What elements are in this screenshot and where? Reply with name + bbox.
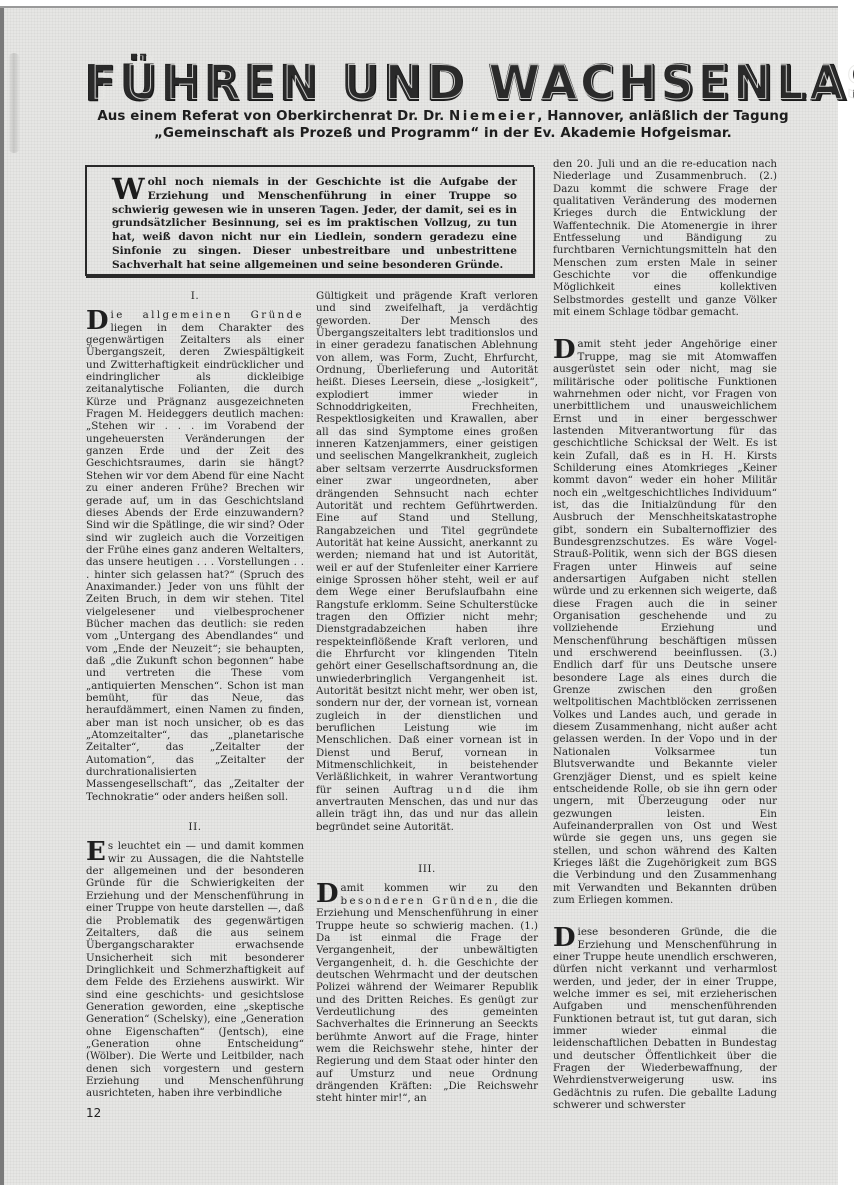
page-binding-edge [0, 8, 4, 1185]
section-3-text-pre: amit kommen wir zu den [341, 882, 538, 894]
section-3-paragraph: Damit kommen wir zu den besonderen Gründ… [316, 882, 538, 1104]
article-title: FÜHREN UND WACHSENLASSEN FÜHREN UND WACH… [84, 55, 804, 114]
column-right: den 20. Juli und an die re-education nac… [553, 158, 777, 1111]
article-title-inline: FÜHREN UND WACHSENLASSEN [91, 57, 854, 112]
section-3-text: , die die Erziehung und Menschenführung … [316, 895, 538, 1105]
article-subtitle: Aus einem Referat von Oberkirchenrat Dr.… [82, 108, 804, 142]
intro-paragraph: Wohl noch niemals in der Geschichte ist … [112, 176, 517, 273]
section-heading-3: III. [316, 863, 538, 875]
section-heading-1: I. [86, 290, 304, 302]
paragraph-damit: Damit steht jeder Angehörige einer Trupp… [553, 338, 777, 906]
intro-dropcap: W [112, 177, 145, 201]
subtitle-line1-post: , Hannover, anläßlich der Tagung [537, 109, 788, 124]
section-2-paragraph-left: Es leuchtet ein — und damit kommen wir z… [86, 840, 304, 1099]
column-left: I. Die allgemeinen Gründe liegen in dem … [86, 290, 304, 1100]
section-3-text-right: den 20. Juli und an die re-education nac… [553, 158, 777, 318]
section-heading-2: II. [86, 821, 304, 833]
section-1-dropcap: D [86, 311, 109, 332]
section-2-text-mid: Gültigkeit und prägende Kraft verloren u… [316, 290, 538, 796]
paragraph-diese-text: iese besonderen Gründe, die die Erziehun… [553, 926, 777, 1111]
section-2-dropcap: E [86, 842, 106, 863]
subtitle-line1-pre: Aus einem Referat von Oberkirchenrat Dr.… [97, 109, 449, 124]
column-middle: Gültigkeit und prägende Kraft verloren u… [316, 290, 538, 1105]
page-number: 12 [86, 1106, 101, 1120]
paragraph-damit-dropcap: D [553, 340, 576, 361]
section-3-lead: besonderen Gründen [341, 895, 495, 907]
section-1-paragraph: Die allgemeinen Gründe liegen in dem Cha… [86, 309, 304, 803]
paragraph-diese-dropcap: D [553, 928, 576, 949]
subtitle-author: Niemeier [449, 109, 537, 124]
binding-shadow [8, 53, 20, 153]
paragraph-diese: Diese besonderen Gründe, die die Erziehu… [553, 926, 777, 1111]
section-1-lead: ie allgemeinen Gründe [111, 309, 304, 321]
subtitle-line2: „Gemeinschaft als Prozeß und Programm“ i… [154, 126, 732, 141]
section-2-spaced-und: und [447, 784, 474, 796]
section-2-paragraph-mid: Gültigkeit und prägende Kraft verloren u… [316, 290, 538, 833]
section-3-paragraph-right: den 20. Juli und an die re-education nac… [553, 158, 777, 318]
section-1-text: liegen in dem Charakter des gegenwärtige… [86, 322, 304, 803]
section-2-text-left: s leuchtet ein — und damit kommen wir zu… [86, 840, 304, 1099]
section-3-dropcap: D [316, 884, 339, 905]
intro-text: ohl noch niemals in der Geschichte ist d… [112, 176, 517, 271]
paragraph-damit-text: amit steht jeder Angehörige einer Truppe… [553, 338, 777, 905]
